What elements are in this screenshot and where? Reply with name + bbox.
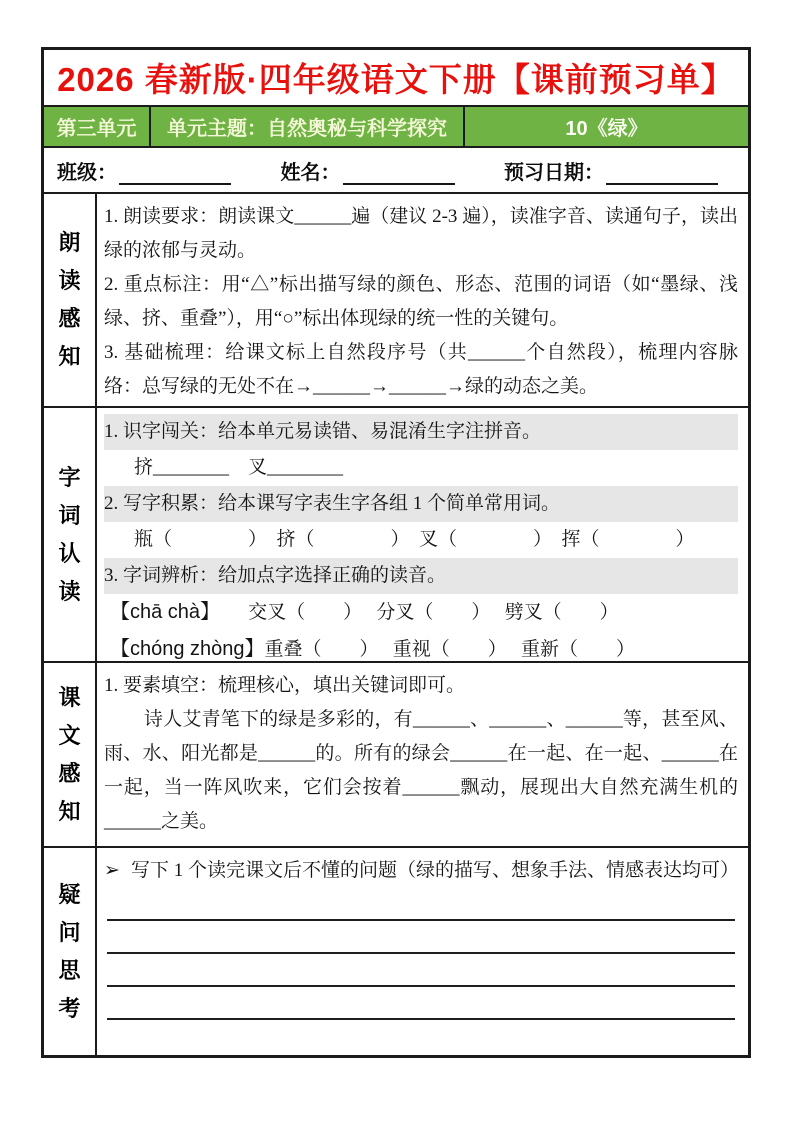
label-char: 文 <box>58 717 80 755</box>
section-text-perception: 课文感知1. 要素填空：梳理核心，填出关键词即可。诗人艾青笔下的绿是多彩的，有_… <box>44 661 748 846</box>
name-label: 姓名： <box>281 156 341 185</box>
section-content-reading-perception: 1. 朗读要求：朗读课文______遍（建议 2-3 遍），读准字音、读通句子，… <box>97 194 748 406</box>
writing-line <box>107 921 735 954</box>
label-char: 感 <box>58 300 80 338</box>
class-field: 班级： <box>57 156 231 185</box>
task-heading: 3. 字词辨析：给加点字选择正确的读音。 <box>104 558 738 594</box>
writing-line <box>107 987 735 1020</box>
name-field: 姓名： <box>281 156 455 185</box>
text-line: 1. 朗读要求：朗读课文______遍（建议 2-3 遍），读准字音、读通句子，… <box>104 200 738 268</box>
section-question-thinking: 疑问思考➢写下 1 个读完课文后不懂的问题（绿的描写、想象手法、情感表达均可） <box>44 846 748 1055</box>
label-char: 读 <box>58 573 80 611</box>
sections: 朗读感知1. 朗读要求：朗读课文______遍（建议 2-3 遍），读准字音、读… <box>44 192 748 1055</box>
title-row: 2026 春新版·四年级语文下册【课前预习单】 <box>44 50 748 105</box>
writing-line <box>107 954 735 987</box>
section-label-word-recognition: 字词认读 <box>44 408 97 661</box>
label-char: 思 <box>58 952 80 990</box>
label-char: 知 <box>58 338 80 376</box>
prompt-text: 写下 1 个读完课文后不懂的问题（绿的描写、想象手法、情感表达均可） <box>131 854 738 888</box>
arrow-bullet-icon: ➢ <box>104 854 131 888</box>
label-char: 字 <box>58 459 80 497</box>
label-char: 认 <box>58 535 80 573</box>
task-heading: 1. 识字闯关：给本单元易读错、易混淆生字注拼音。 <box>104 414 738 450</box>
section-content-word-recognition: 1. 识字闯关：给本单元易读错、易混淆生字注拼音。挤________ 叉____… <box>97 408 748 661</box>
section-content-text-perception: 1. 要素填空：梳理核心，填出关键词即可。诗人艾青笔下的绿是多彩的，有_____… <box>97 663 748 846</box>
label-char: 词 <box>58 497 80 535</box>
label-char: 疑 <box>58 876 80 914</box>
unit-bar: 第三单元 单元主题：自然奥秘与科学探究 10《绿》 <box>44 105 748 148</box>
writing-line <box>107 888 735 921</box>
section-content-question-thinking: ➢写下 1 个读完课文后不懂的问题（绿的描写、想象手法、情感表达均可） <box>97 848 748 1055</box>
class-label: 班级： <box>57 156 117 185</box>
date-blank-line <box>606 163 718 185</box>
pinyin-option-line: 【chóng zhòng】重叠（ ） 重视（ ） 重新（ ） <box>104 631 738 661</box>
section-label-text-perception: 课文感知 <box>44 663 97 846</box>
lesson-title: 10《绿》 <box>465 107 748 146</box>
task-heading: 2. 写字积累：给本课写字表生字各组 1 个简单常用词。 <box>104 486 738 522</box>
worksheet-page: 2026 春新版·四年级语文下册【课前预习单】 第三单元 单元主题：自然奥秘与科… <box>0 0 793 1122</box>
worksheet-frame: 2026 春新版·四年级语文下册【课前预习单】 第三单元 单元主题：自然奥秘与科… <box>41 47 751 1058</box>
label-char: 知 <box>58 793 80 831</box>
pinyin-option-line: 【chā chà】 交叉（ ） 分叉（ ） 劈叉（ ） <box>104 594 738 631</box>
label-char: 问 <box>58 914 80 952</box>
label-char: 课 <box>58 679 80 717</box>
unit-number: 第三单元 <box>44 107 151 146</box>
label-char: 读 <box>58 262 80 300</box>
date-field: 预习日期： <box>504 156 718 185</box>
page-title: 2026 春新版·四年级语文下册【课前预习单】 <box>57 54 735 101</box>
name-blank-line <box>343 163 455 185</box>
word-options: 重叠（ ） 重视（ ） 重新（ ） <box>265 639 636 660</box>
text-line: 2. 重点标注：用“△”标出描写绿的颜色、形态、范围的词语（如“墨绿、浅绿、挤、… <box>104 268 738 336</box>
section-reading-perception: 朗读感知1. 朗读要求：朗读课文______遍（建议 2-3 遍），读准字音、读… <box>44 192 748 406</box>
label-char: 朗 <box>58 224 80 262</box>
unit-theme: 单元主题：自然奥秘与科学探究 <box>151 107 465 146</box>
section-label-reading-perception: 朗读感知 <box>44 194 97 406</box>
text-line: 3. 基础梳理：给课文标上自然段序号（共______个自然段），梳理内容脉络：总… <box>104 336 738 404</box>
text-line: 1. 要素填空：梳理核心，填出关键词即可。 <box>104 669 738 703</box>
date-label: 预习日期： <box>504 156 604 185</box>
section-word-recognition: 字词认读1. 识字闯关：给本单元易读错、易混淆生字注拼音。挤________ 叉… <box>44 406 748 661</box>
text-line: 挤________ 叉________ <box>104 450 738 486</box>
section-label-question-thinking: 疑问思考 <box>44 848 97 1055</box>
label-char: 感 <box>58 755 80 793</box>
pinyin-choices: 【chóng zhòng】 <box>110 638 265 660</box>
label-char: 考 <box>58 990 80 1028</box>
question-prompt: ➢写下 1 个读完课文后不懂的问题（绿的描写、想象手法、情感表达均可） <box>104 854 738 888</box>
text-line: 瓶（ ） 挤（ ） 叉（ ） 挥（ ） <box>104 522 738 558</box>
word-options: 交叉（ ） 分叉（ ） 劈叉（ ） <box>210 602 619 623</box>
class-blank-line <box>119 163 231 185</box>
info-row: 班级：姓名：预习日期： <box>44 148 748 192</box>
pinyin-choices: 【chā chà】 <box>110 601 210 623</box>
text-line: 诗人艾青笔下的绿是多彩的，有______、______、______等，甚至风、… <box>104 703 738 839</box>
